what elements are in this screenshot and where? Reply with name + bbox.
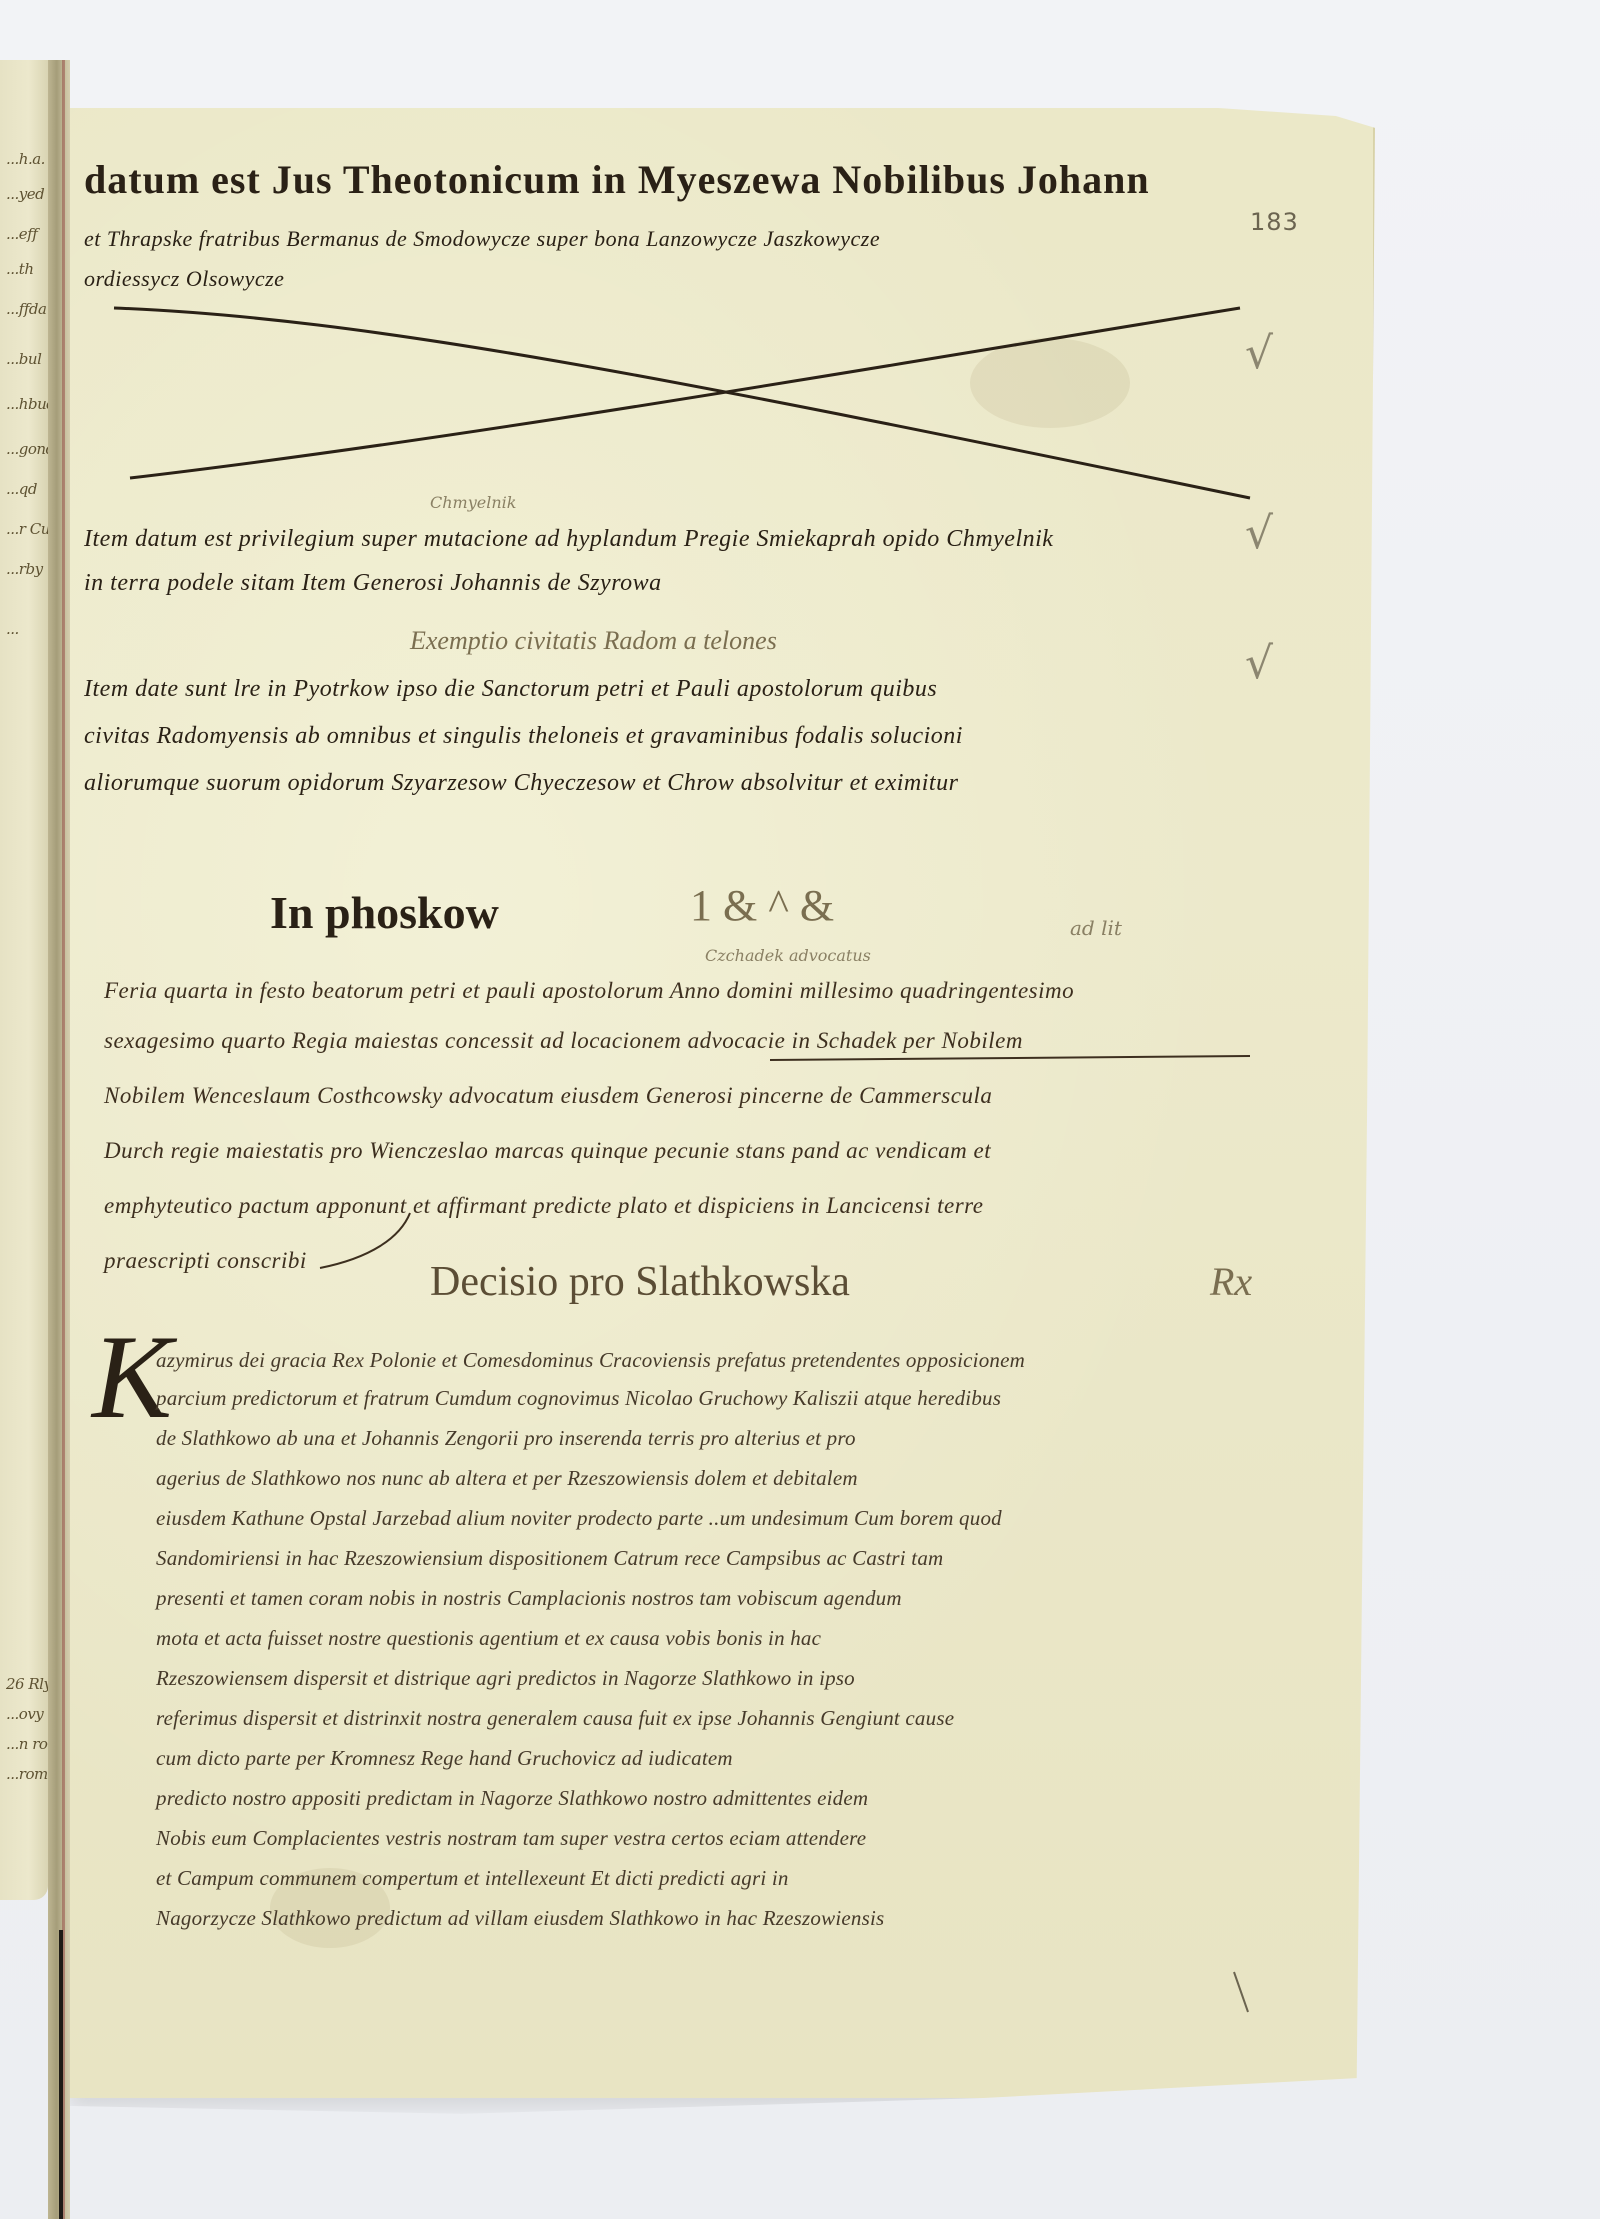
left-margin-text: ...yed	[6, 185, 44, 203]
decisio-line: de Slathkowo ab una et Johannis Zengorii…	[156, 1426, 856, 1451]
decisio-line: Rzeszowiensem dispersit et distrique agr…	[156, 1666, 855, 1691]
gutter-shadow	[59, 1930, 63, 2219]
book-gutter	[48, 60, 70, 2219]
left-margin-text: ...ovy	[6, 1705, 43, 1723]
margin-note: Rx	[1210, 1258, 1252, 1305]
decisio-line: eiusdem Kathune Opstal Jarzebad alium no…	[156, 1506, 1002, 1531]
left-margin-text: ...rom	[6, 1765, 48, 1783]
left-margin-text: ...rby	[6, 560, 43, 578]
decisio-line: agerius de Slathkowo nos nunc ab altera …	[156, 1466, 858, 1491]
underline-stroke	[70, 108, 1373, 1408]
left-margin-text: ...	[6, 620, 19, 638]
left-margin-text: ...qd	[6, 480, 37, 498]
decisio-line: referimus dispersit et distrinxit nostra…	[156, 1706, 954, 1731]
decisio-line: Sandomiriensi in hac Rzeszowiensium disp…	[156, 1546, 943, 1571]
decisio-line: mota et acta fuisset nostre questionis a…	[156, 1626, 821, 1651]
left-margin-text: ...ffda	[6, 300, 46, 318]
left-page-edge: ...h.a. ...yed ...eff ...th ...ffda ...b…	[0, 60, 48, 1900]
left-margin-text: ...h.a.	[6, 150, 45, 168]
decisio-line: Nobis eum Complacientes vestris nostram …	[156, 1826, 866, 1851]
left-margin-text: 26 Rly	[6, 1675, 51, 1693]
decisio-title: Decisio pro Slathkowska	[430, 1258, 850, 1306]
decisio-line: cum dicto parte per Kromnesz Rege hand G…	[156, 1746, 733, 1771]
decisio-line: predicto nostro appositi predictam in Na…	[156, 1786, 868, 1811]
decisio-line: parcium predictorum et fratrum Cumdum co…	[156, 1386, 1001, 1411]
decisio-line: et Campum communem compertum et intellex…	[156, 1866, 789, 1891]
left-margin-text: ...th	[6, 260, 34, 278]
manuscript-folio: 183 datum est Jus Theotonicum in Myeszew…	[70, 108, 1375, 2098]
decisio-line: azymirus dei gracia Rex Polonie et Comes…	[156, 1348, 1025, 1373]
left-margin-text: ...n ro	[6, 1735, 47, 1753]
decisio-line: presenti et tamen coram nobis in nostris…	[156, 1586, 902, 1611]
stray-pen-mark	[1230, 1968, 1260, 2028]
left-margin-text: ...eff	[6, 225, 37, 243]
binding-thread	[62, 60, 65, 2219]
left-margin-text: ...bul	[6, 350, 41, 368]
decisio-line: Nagorzycze Slathkowo predictum ad villam…	[156, 1906, 884, 1931]
